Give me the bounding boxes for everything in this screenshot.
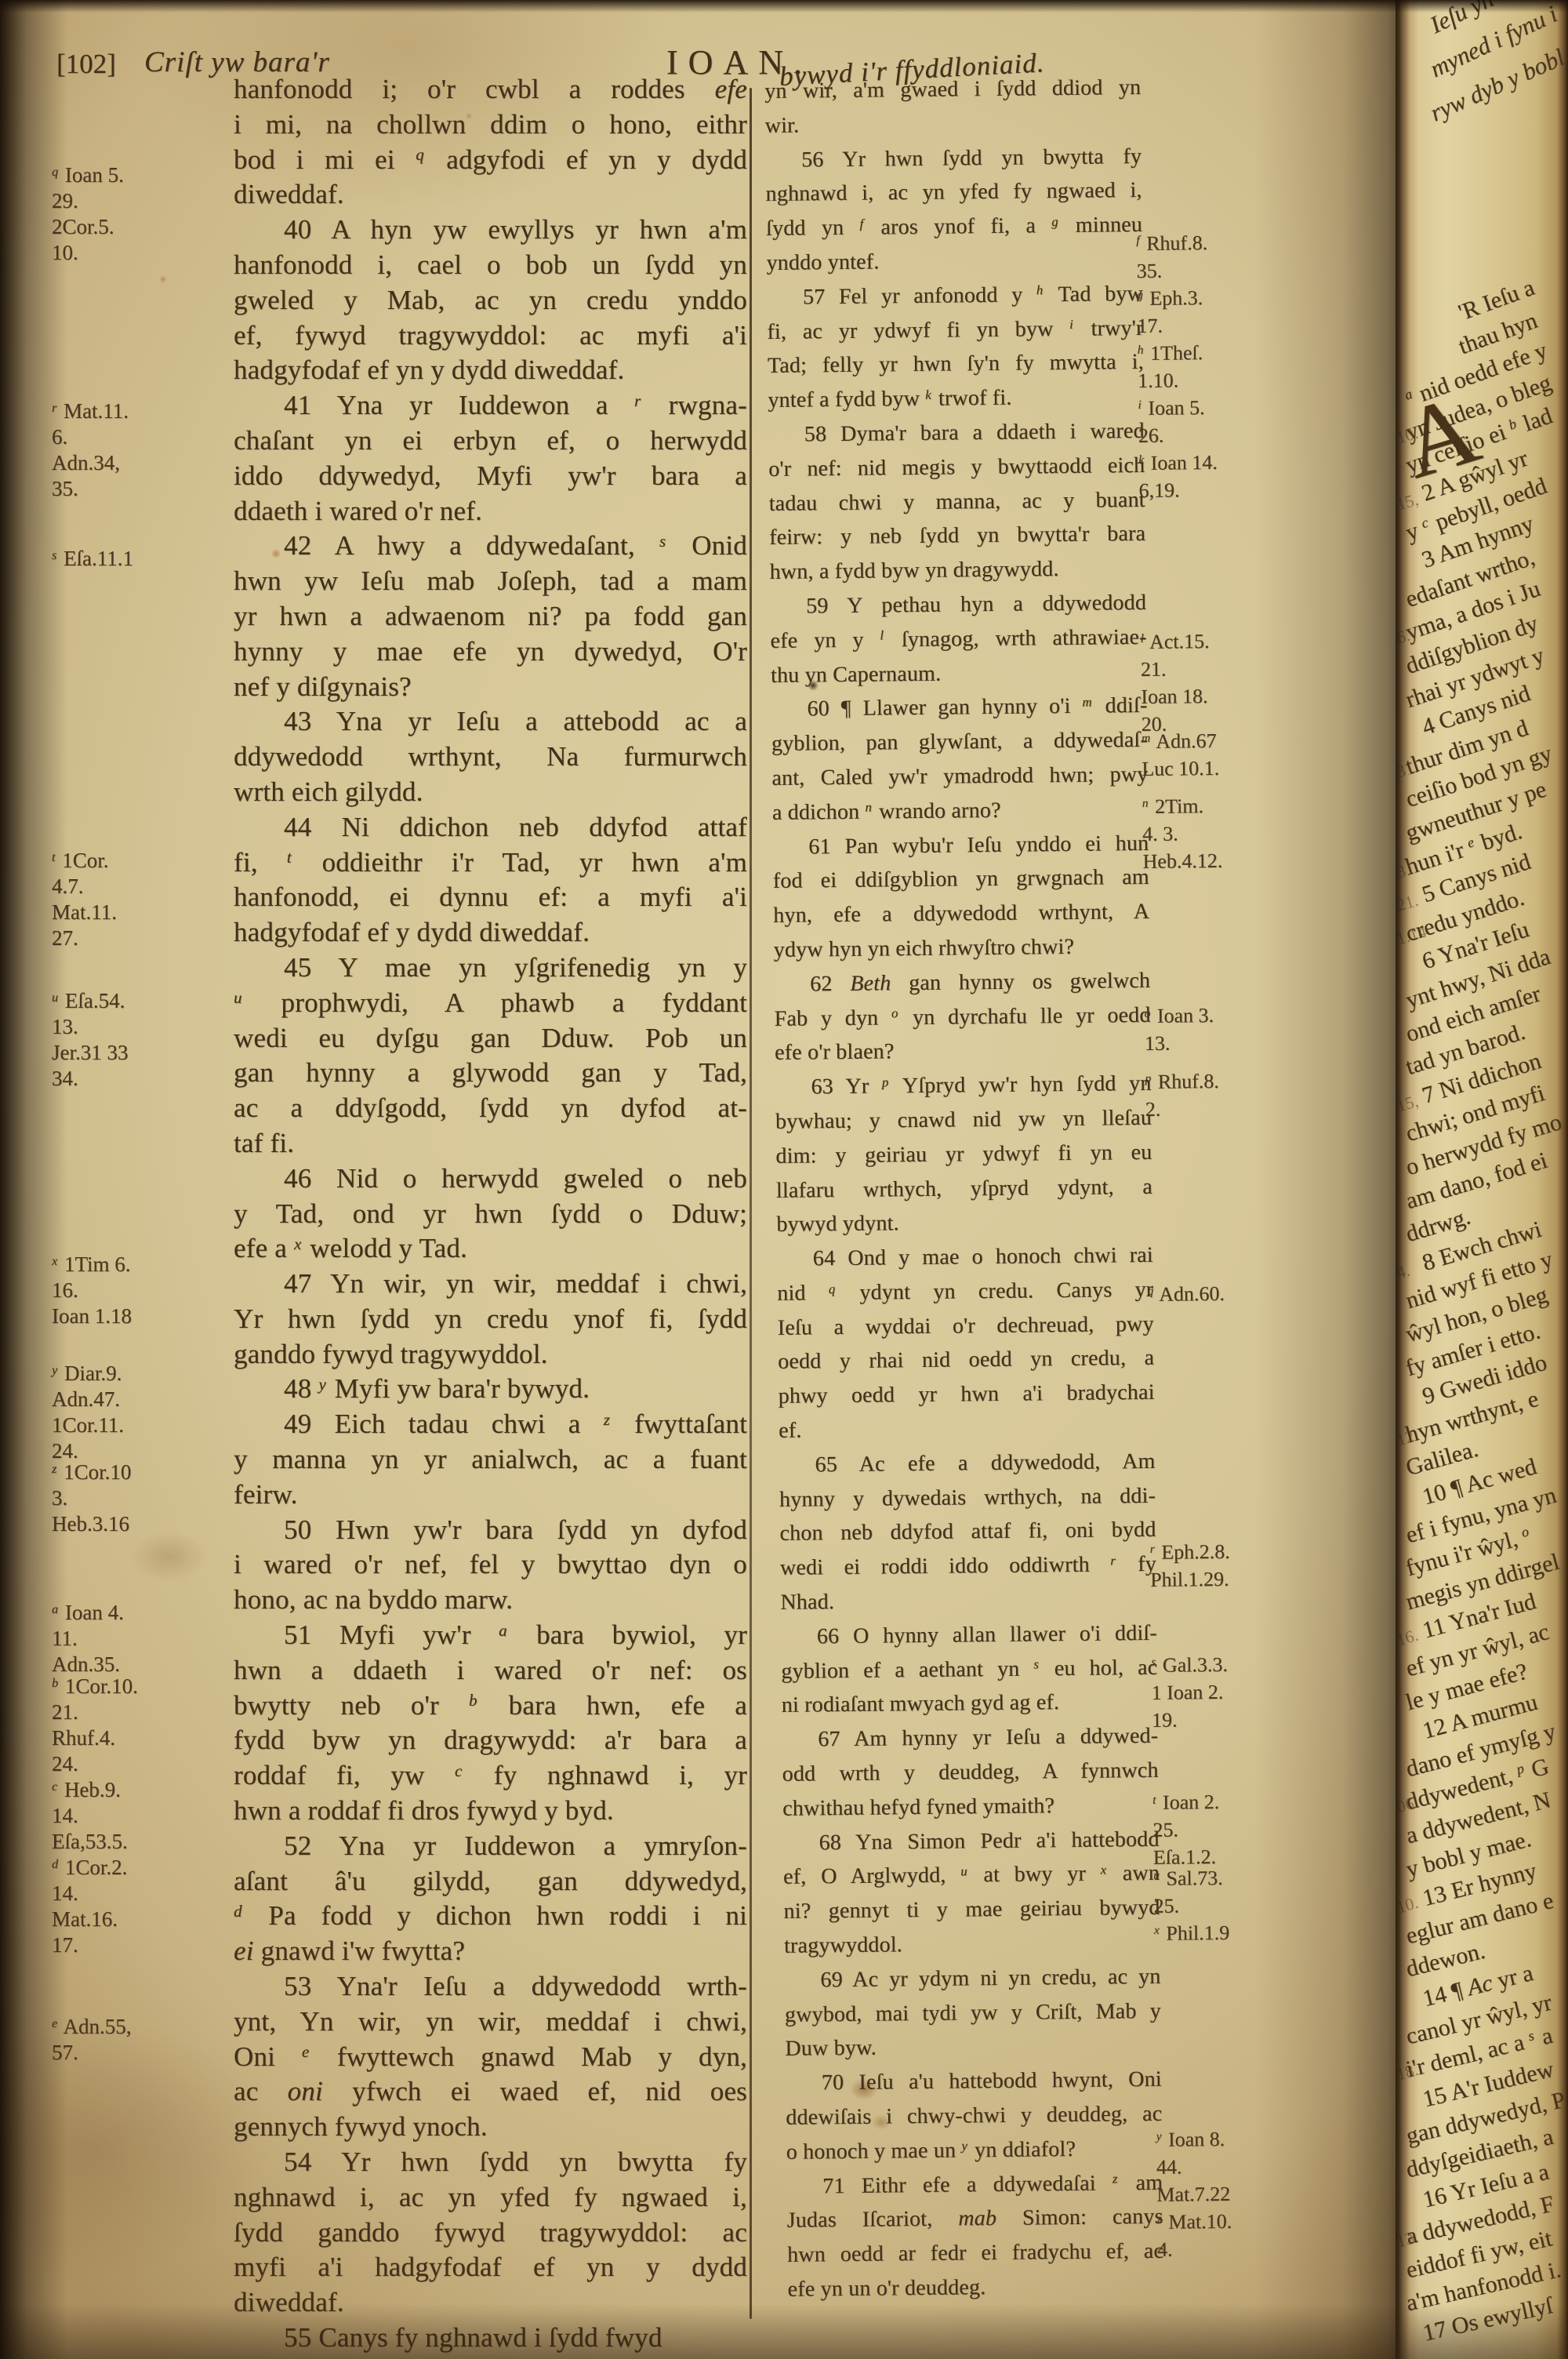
margin-note: 13. — [52, 1015, 78, 1039]
margin-note: k Ioan 14. — [1138, 451, 1218, 475]
margin-note: 21. — [52, 1700, 78, 1725]
margin-note: 14. — [52, 1804, 78, 1828]
text-line: 50 Hwn yw'r bara ſydd yn dyfod — [234, 1513, 747, 1548]
margin-note: x 1Tim 6. — [52, 1252, 130, 1277]
margin-note: 19. — [1152, 1709, 1178, 1732]
text-line: fod ei ddiſgyblion yn grwgnach am — [773, 860, 1149, 899]
text-line: gennych fywyd ynoch. — [234, 2110, 747, 2145]
text-line: Oni e fwyttewch gnawd Mab y dyn, — [234, 2040, 747, 2075]
margin-note: s Eſa.11.1 — [52, 547, 133, 571]
margin-note: 13. — [1145, 1032, 1171, 1056]
text-line: hwn a roddaf fi dros fywyd y byd. — [234, 1794, 747, 1829]
text-line: yn wir, a'm gwaed i ſydd ddiod yn — [764, 71, 1141, 109]
text-line: 62 Beth gan hynny os gwelwch — [774, 964, 1150, 1002]
margin-note: r Mat.11. — [52, 399, 129, 423]
text-line: ganddo fywyd tragywyddol. — [234, 1337, 747, 1372]
margin-note: 1Cor.11. — [52, 1413, 124, 1438]
text-line: phwy oedd yr hwn a'i bradychai — [778, 1376, 1154, 1414]
text-line: 71 Eithr efe a ddywedaſai z am — [786, 2165, 1163, 2204]
text-line: feirw: y neb ſydd yn bwytta'r bara — [769, 517, 1145, 555]
text-line: bod i mi ei q adgyfodi ef yn y dydd — [234, 143, 747, 178]
margin-note: s Gal.3.3. — [1151, 1653, 1228, 1677]
text-line: 68 Yna Simon Pedr a'i hattebodd — [782, 1822, 1159, 1860]
text-line: 54 Yr hwn ſydd yn bwytta fy — [234, 2145, 747, 2180]
margin-note: Heb.3.16 — [52, 1512, 129, 1536]
text-line: hynny y mae efe yn dywedyd, O'r — [234, 634, 747, 670]
margin-note: e Adn.55, — [52, 2015, 131, 2039]
margin-note: r Eph.2.8. — [1150, 1540, 1230, 1565]
margin-note: 11. — [52, 1627, 78, 1651]
margin-note: t 1Cor. — [52, 849, 109, 873]
margin-note: l Act.15. — [1140, 630, 1209, 654]
margin-note: 3. — [52, 1486, 67, 1510]
margin-note: f Rhuf.8. — [1136, 231, 1207, 256]
margin-note: Mat.7.22 — [1156, 2183, 1230, 2207]
margin-note: 44. — [1156, 2155, 1182, 2179]
photographed-bible-page: [102] Criſt yw bara'r IOAN. bywyd i'r ff… — [0, 0, 1568, 2359]
text-line: bywyd ydynt. — [776, 1204, 1152, 1242]
margin-note: p Rhuf.8. — [1145, 1070, 1219, 1094]
text-line: ynddo yntef. — [766, 242, 1142, 281]
margin-note: 1 Ioan 2. — [1151, 1681, 1223, 1705]
text-line: hwn oedd ar fedr ei fradychu ef, ac — [787, 2234, 1163, 2273]
text-line: fi, ac yr ydwyf fi yn byw i trwy'r — [767, 311, 1143, 350]
text-line: 57 Fel yr anfonodd y h Tad byw — [767, 277, 1143, 315]
next-page-edge: A Ieſu yn ceryddumyned i fynu iryw dyb y… — [1396, 0, 1568, 2359]
margin-note: Luc 10.1. — [1142, 757, 1219, 781]
text-line: 66 O hynny allan llawer o'i ddiſ- — [781, 1616, 1157, 1655]
text-line: 70 Ieſu a'u hattebodd hwynt, Oni — [786, 2063, 1162, 2101]
text-line: myfi a'i hadgyfodaf ef yn y dydd — [234, 2250, 747, 2285]
text-line: tadau chwi y manna, ac y buant — [769, 483, 1145, 522]
text-line: hanfonodd, ei dynnu ef: a myfi a'i — [234, 880, 747, 915]
margin-note: d 1Cor.2. — [52, 1856, 127, 1880]
margin-note: 24. — [52, 1752, 78, 1776]
text-line: o honoch y mae un y yn ddiafol? — [786, 2132, 1163, 2170]
text-line: hwn a ddaeth i wared o'r nef: os — [234, 1653, 747, 1688]
text-line: ynt, Yn wir, yn wir, meddaf i chwi, — [234, 2005, 747, 2040]
margin-note: 14. — [52, 1881, 78, 1906]
text-line: nghnawd i, ac yn yfed fy ngwaed i, — [234, 2180, 747, 2215]
text-line: 65 Ac efe a ddywedodd, Am — [779, 1445, 1155, 1483]
text-line: 49 Eich tadau chwi a z fwyttaſant — [234, 1407, 747, 1442]
text-line: hono, ac na byddo marw. — [234, 1583, 747, 1618]
margin-note: Mat.11. — [52, 900, 117, 925]
margin-note: 17. — [52, 1933, 78, 1957]
text-line: diweddaf. — [234, 177, 747, 213]
text-line: 43 Yna yr Ieſu a attebodd ac a — [234, 704, 747, 740]
text-line: 42 A hwy a ddywedaſant, s Onid — [234, 529, 747, 564]
text-line: y manna yn yr anialwch, ac a fuant — [234, 1442, 747, 1478]
margin-note: 27. — [52, 926, 78, 951]
text-line: yr hwn a adwaenom ni? pa fodd gan — [234, 599, 747, 634]
text-line: llafaru wrthych, yſpryd ydynt, a — [776, 1169, 1152, 1208]
text-line: Ieſu a wyddai o'r dechreuad, pwy — [778, 1307, 1154, 1346]
text-line: hwn, a fydd byw yn dragywydd. — [769, 551, 1145, 590]
right-column: yn wir, a'm gwaed i ſydd ddiod ynwir.56 … — [764, 68, 1384, 2349]
margin-note: Heb.4.12. — [1142, 849, 1222, 874]
margin-note: q Adn.60. — [1147, 1282, 1225, 1307]
margin-note: 35. — [52, 477, 78, 501]
text-line: ei gnawd i'w fwytta? — [234, 1934, 747, 1969]
text-line: hadgyfodaf ef y dydd diweddaf. — [234, 915, 747, 951]
text-line: aſant â'u gilydd, gan ddywedyd, — [234, 1864, 747, 1899]
margin-note: 6. — [52, 425, 67, 449]
margin-note: g Eph.3. — [1137, 286, 1203, 311]
text-line: nid q ydynt yn credu. Canys yr — [777, 1273, 1153, 1311]
text-line: ni? gennyt ti y mae geiriau bywyd — [783, 1891, 1160, 1929]
right-margin-notes: f Rhuf.8.35.g Eph.3.17.h 1Theſ.1.10.i Io… — [1134, 68, 1362, 2345]
text-line: y Tad, ond yr hwn ſydd o Dduw; — [234, 1197, 747, 1232]
text-line: i mi, na chollwn ddim o hono, eithr — [234, 107, 747, 143]
margin-note: m Adn.67 — [1142, 729, 1217, 754]
margin-note: Adn.35. — [52, 1652, 120, 1677]
text-line: 51 Myfi yw'r a bara bywiol, yr — [234, 1618, 747, 1653]
text-line: nghnawd i, ac yn yfed fy ngwaed i, — [765, 173, 1142, 212]
text-line: 41 Yna yr Iuddewon a r rwgna- — [234, 388, 747, 423]
margin-note: 4. — [1157, 2237, 1173, 2261]
text-line: 69 Ac yr ydym ni yn credu, ac yn — [784, 1960, 1160, 1998]
text-line: ddaeth i wared o'r nef. — [234, 494, 747, 529]
margin-note: q Ioan 5. — [52, 163, 124, 187]
margin-note: 2. — [1145, 1097, 1161, 1121]
margin-note: u Eſa.54. — [52, 989, 125, 1013]
margin-note: h 1Theſ. — [1138, 341, 1203, 365]
text-line: efe yn un o'r deuddeg. — [787, 2269, 1163, 2307]
margin-note: 25. — [1153, 1894, 1179, 1917]
margin-note: 25. — [1152, 1819, 1178, 1842]
left-column: q Ioan 5.29.2Cor.5.10.r Mat.11.6.Adn.34,… — [52, 72, 757, 2359]
margin-note: Mat.16. — [52, 1907, 118, 1932]
text-line: chon neb ddyfod attaf fi, oni bydd — [779, 1513, 1156, 1551]
text-line: 48 y Myfi yw bara'r bywyd. — [234, 1372, 747, 1407]
text-line: 40 A hyn yw ewyllys yr hwn a'm — [234, 213, 747, 248]
margin-note: Adn.34, — [52, 451, 120, 475]
margin-note: x Phil.1.9 — [1154, 1921, 1230, 1946]
text-line: Duw byw. — [785, 2028, 1161, 2066]
text-line: 61 Pan wybu'r Ieſu ynddo ei hun — [772, 826, 1149, 864]
margin-note: Phil.1.29. — [1150, 1568, 1229, 1592]
left-margin-notes: q Ioan 5.29.2Cor.5.10.r Mat.11.6.Adn.34,… — [52, 72, 230, 2359]
margin-note: 10. — [52, 241, 78, 265]
margin-note: Rhuf.4. — [52, 1726, 115, 1750]
text-line: u prophwydi, A phawb a fyddant — [234, 986, 747, 1021]
text-line: 59 Y pethau hyn a ddywedodd — [770, 586, 1146, 624]
margin-note: Eſa,53.5. — [52, 1830, 128, 1854]
text-line: a ddichon n wrando arno? — [772, 792, 1149, 831]
margin-note: u Sal.73. — [1153, 1866, 1223, 1891]
text-line: ef, O Arglwydd, u at bwy yr x awn — [783, 1856, 1160, 1895]
column-divider — [750, 88, 752, 2319]
margin-note: 26. — [1138, 424, 1164, 448]
text-line: bwytty neb o'r b bara hwn, efe a — [234, 1688, 747, 1724]
margin-note: 4. 3. — [1142, 823, 1178, 846]
left-column-text: hanfonodd i; o'r cwbl a roddes efei mi, … — [234, 72, 747, 2356]
margin-note: 17. — [1137, 314, 1163, 338]
text-line: ac oni yfwch ei waed ef, nid oes — [234, 2074, 747, 2110]
margin-note: y Ioan 8. — [1156, 2128, 1225, 2152]
margin-note: 57. — [52, 2041, 78, 2065]
margin-note: Jer.31 33 — [52, 1041, 129, 1065]
text-line: efe yn y l ſynagog, wrth athrawiae- — [770, 620, 1146, 659]
text-line: Fab y dyn o yn dyrchafu lle yr oedd — [774, 998, 1150, 1036]
page: [102] Criſt yw bara'r IOAN. bywyd i'r ff… — [0, 0, 1568, 2359]
text-line: 47 Yn wir, yn wir, meddaf i chwi, — [234, 1267, 747, 1302]
text-line: gyblion ef a aethant yn s eu hol, ac — [781, 1651, 1157, 1689]
margin-note: o Ioan 3. — [1144, 1004, 1214, 1028]
margin-note: 1.10. — [1138, 369, 1178, 393]
text-line: ddywedodd wrthynt, Na furmurwch — [234, 740, 747, 775]
text-line: 63 Yr p Yſpryd yw'r hyn ſydd yn — [775, 1067, 1151, 1105]
text-line: chwithau hefyd fyned ymaith? — [782, 1788, 1159, 1826]
text-line: ſydd yn f aros ynof fi, a g minneu — [766, 208, 1142, 246]
margin-note: y Diar.9. — [52, 1361, 122, 1386]
text-line: gweled y Mab, ac yn credu ynddo — [234, 283, 747, 318]
margin-note: i Ioan 5. — [1138, 396, 1204, 420]
text-line: odd wrth y deuddeg, A fynnwch — [782, 1754, 1158, 1792]
text-line: ef, fywyd tragywyddol: ac myfi a'i — [234, 318, 747, 354]
text-line: 52 Yna yr Iuddewon a ymryſon- — [234, 1829, 747, 1864]
text-line: 58 Dyma'r bara a ddaeth i wared — [768, 414, 1145, 453]
text-line: feirw. — [234, 1478, 747, 1513]
text-line: ac a ddyſgodd, ſydd yn dyfod at- — [234, 1091, 747, 1126]
text-line: hwn yw Ieſu mab Joſeph, tad a mam — [234, 564, 747, 599]
margin-note: n 2Tim. — [1142, 794, 1204, 819]
text-line: ant, Caled yw'r ymadrodd hwn; pwy — [771, 758, 1148, 796]
text-line: Nhad. — [780, 1582, 1156, 1620]
text-line: oedd y rhai nid oedd yn credu, a — [778, 1341, 1154, 1379]
text-line: taf fi. — [234, 1126, 747, 1161]
text-line: yntef a fydd byw k trwof fi. — [768, 380, 1144, 418]
margin-note: z Mat.10. — [1157, 2210, 1232, 2234]
margin-note: a Ioan 4. — [52, 1601, 124, 1625]
text-line: gan hynny a glywodd gan y Tad, — [234, 1056, 747, 1091]
text-line: wrth eich gilydd. — [234, 775, 747, 810]
text-line: Judas Iſcariot, mab Simon: canys — [786, 2200, 1163, 2238]
text-line: hanfonodd i, cael o bob un ſydd yn — [234, 248, 747, 283]
text-line: fi, t oddieithr i'r Tad, yr hwn a'm — [234, 845, 747, 881]
text-line: Tad; felly yr hwn ſy'n fy mwytta i, — [768, 345, 1144, 383]
text-line: d Pa fodd y dichon hwn roddi i ni — [234, 1899, 747, 1934]
text-line: chaſant yn ei erbyn ef, o herwydd — [234, 423, 747, 459]
text-line: iddo ddywedyd, Myfi yw'r bara a — [234, 459, 747, 494]
margin-note: z 1Cor.10 — [52, 1460, 131, 1485]
margin-note: 2Cor.5. — [52, 215, 114, 239]
text-line: i wared o'r nef, fel y bwyttao dyn o — [234, 1547, 747, 1583]
text-line: wedi ei roddi iddo oddiwrth r fy — [780, 1547, 1156, 1586]
margin-note: 16. — [52, 1278, 78, 1303]
margin-note: b 1Cor.10. — [52, 1674, 138, 1699]
margin-note: 4.7. — [52, 874, 84, 899]
text-line: 67 Am hynny yr Ieſu a ddywed- — [782, 1719, 1158, 1757]
text-line: wedi eu dyſgu gan Dduw. Pob un — [234, 1021, 747, 1056]
text-line: gwybod, mai tydi yw y Criſt, Mab y — [785, 1994, 1161, 2032]
text-line: hanfonodd i; o'r cwbl a roddes efe — [234, 72, 747, 107]
text-line: 45 Y mae yn yſgrifenedig yn y — [234, 951, 747, 986]
text-line: 56 Yr hwn ſydd yn bwytta fy — [765, 140, 1142, 178]
text-line: efe a x welodd y Tad. — [234, 1231, 747, 1267]
margin-note: Ioan 1.18 — [52, 1304, 132, 1329]
margin-note: 34. — [52, 1067, 78, 1091]
text-line: nef y diſgynais? — [234, 670, 747, 705]
margin-note: 35. — [1136, 260, 1162, 283]
right-column-text: yn wir, a'm gwaed i ſydd ddiod ynwir.56 … — [764, 71, 1164, 2307]
text-line: efe o'r blaen? — [775, 1032, 1151, 1070]
text-line: ddewiſais i chwy-chwi y deuddeg, ac — [786, 2097, 1162, 2135]
margin-note: Ioan 18. — [1141, 685, 1208, 709]
text-line: ſydd ganddo fywyd tragywyddol: ac — [234, 2215, 747, 2251]
text-line: wir. — [764, 105, 1141, 144]
text-line: hadgyfodaf ef yn y dydd diweddaf. — [234, 353, 747, 388]
text-line: gyblion, pan glywſant, a ddywedaſ- — [771, 723, 1148, 761]
text-line: 44 Ni ddichon neb ddyfod attaf — [234, 810, 747, 845]
text-line: bywhau; y cnawd nid yw yn lleſau — [775, 1101, 1152, 1140]
text-line: o'r nef: nid megis y bwyttaodd eich — [768, 449, 1145, 487]
text-line: ni rodiaſant mwyach gyd ag ef. — [782, 1685, 1158, 1723]
text-line: thu yn Capernaum. — [771, 654, 1147, 692]
margin-note: c Heb.9. — [52, 1778, 121, 1802]
margin-note: 6,19. — [1138, 478, 1179, 503]
text-line: Yr hwn ſydd yn credu ynof fi, ſydd — [234, 1302, 747, 1337]
margin-note: 21. — [1141, 658, 1167, 682]
text-line: dim: y geiriau yr ydwyf fi yn eu — [775, 1136, 1152, 1174]
text-line: 64 Ond y mae o honoch chwi rai — [777, 1238, 1153, 1277]
next-page-margin-mark: 1.14 — [1396, 921, 1429, 950]
text-line: 46 Nid o herwydd gweled o neb — [234, 1161, 747, 1197]
text-line: tragywyddol. — [784, 1925, 1160, 1964]
text-line: diweddaf. — [234, 2285, 747, 2321]
text-line: hyn, efe a ddywedodd wrthynt, A — [773, 895, 1149, 933]
margin-note: t Ioan 2. — [1152, 1790, 1219, 1815]
text-line: 60 ¶ Llawer gan hynny o'i m ddiſ- — [771, 689, 1147, 727]
text-line: hynny y dywedais wrthych, na ddi- — [779, 1479, 1156, 1518]
margin-note: 29. — [52, 189, 78, 213]
text-line: ydyw hyn yn eich rhwyſtro chwi? — [773, 929, 1149, 968]
text-line: fydd byw yn dragywydd: a'r bara a — [234, 1723, 747, 1758]
text-line: 53 Yna'r Ieſu a ddywedodd wrth- — [234, 1969, 747, 2005]
text-line: ef. — [779, 1410, 1155, 1448]
text-line: roddaf fi, yw c fy nghnawd i, yr — [234, 1758, 747, 1794]
text-line: 55 Canys fy nghnawd i ſydd fwyd — [234, 2321, 747, 2356]
margin-note: Adn.47. — [52, 1387, 120, 1412]
